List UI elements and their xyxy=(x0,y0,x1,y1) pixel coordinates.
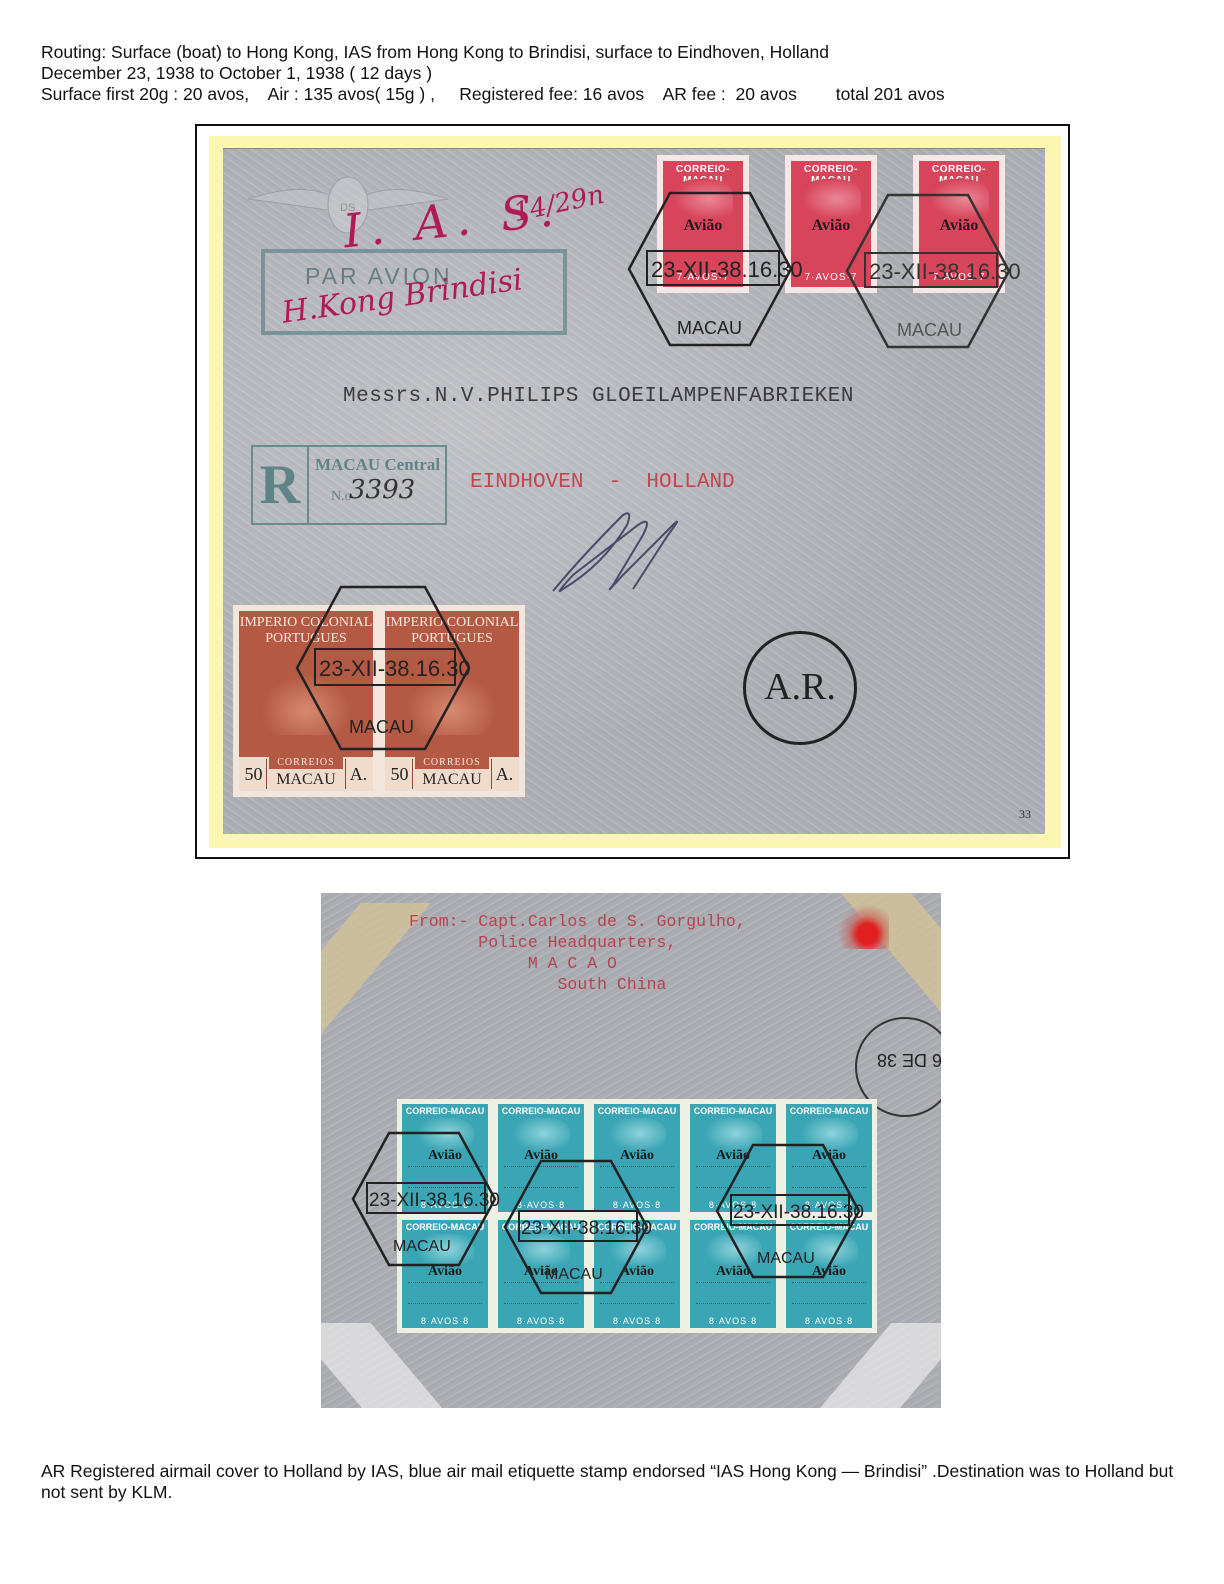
stamp-portrait xyxy=(416,1234,474,1268)
stamp-overprint: Avião xyxy=(594,1264,680,1280)
stamp-line1: IMPERIO COLONIAL xyxy=(239,615,373,631)
stamp-overprint: Avião xyxy=(594,1148,680,1164)
registration-office: MACAU Central xyxy=(315,455,440,475)
red-wax-seal xyxy=(835,899,889,949)
stamp-8-avos: CORREIO-MACAUAvião8·AVOS·8 xyxy=(781,1099,877,1217)
stamp-script-text xyxy=(408,1282,482,1304)
envelope-flap-bottom-left xyxy=(321,1323,471,1408)
front-cover-frame: DS PAR AVION I. A. S. 14/29n H.Kong Brin… xyxy=(195,124,1070,859)
stamp-portrait xyxy=(512,1118,570,1152)
stamp-portrait xyxy=(929,179,989,219)
stamp-8-avos: CORREIO-MACAUAvião8·AVOS·8 xyxy=(397,1099,493,1217)
stamp-portrait xyxy=(673,179,733,219)
stamp-portrait xyxy=(704,1118,762,1152)
stamp-value: 8·AVOS·8 xyxy=(690,1316,776,1326)
stamp-7-avos-1: CORREIO-MACAU Avião 7·AVOS·7 xyxy=(657,155,749,293)
stamp-band: CORREIOS xyxy=(269,757,343,769)
stamp-header: CORREIO-MACAU xyxy=(786,1106,872,1116)
stamp-portrait xyxy=(704,1234,762,1268)
stamp-overprint: Avião xyxy=(498,1264,584,1280)
cancel-place: MACAU xyxy=(677,318,742,338)
ar-handstamp: A.R. xyxy=(743,631,857,745)
stamp-8-avos: CORREIO-MACAUAvião8·AVOS·8 xyxy=(781,1215,877,1333)
registration-letter: R xyxy=(253,447,309,523)
stamp-suffix: A. xyxy=(345,759,371,789)
stamp-header: CORREIO-MACAU xyxy=(690,1106,776,1116)
stamp-block-8-avos: CORREIO-MACAUAvião8·AVOS·8CORREIO-MACAUA… xyxy=(397,1099,877,1331)
stamp-portrait xyxy=(801,179,861,219)
stamp-8-avos: CORREIO-MACAUAvião8·AVOS·8 xyxy=(589,1099,685,1217)
stamp-script-text xyxy=(600,1166,674,1188)
stamp-script-text xyxy=(792,1282,866,1304)
stamp-portrait xyxy=(608,1234,666,1268)
stamp-value: 8·AVOS·8 xyxy=(498,1316,584,1326)
date-range-line: December 23, 1938 to October 1, 1938 ( 1… xyxy=(41,63,945,84)
caption: AR Registered airmail cover to Holland b… xyxy=(41,1461,1181,1503)
stamp-50-avos-air-2: IMPERIO COLONIAL PORTUGUES CORREIOS 50 M… xyxy=(379,605,525,797)
stamp-script-text xyxy=(504,1282,578,1304)
stamp-value: 8·AVOS·8 xyxy=(402,1316,488,1326)
stamp-8-avos: CORREIO-MACAUAvião8·AVOS·8 xyxy=(493,1215,589,1333)
stamp-script-text xyxy=(600,1282,674,1304)
stamp-overprint: Avião xyxy=(791,217,871,235)
stamp-8-avos: CORREIO-MACAUAvião8·AVOS·8 xyxy=(493,1099,589,1217)
stamp-suffix: A. xyxy=(491,759,517,789)
stamp-portrait xyxy=(416,1118,474,1152)
stamp-overprint: Avião xyxy=(919,217,999,235)
stamp-header: CORREIO-MACAU xyxy=(594,1222,680,1232)
routing-line: Routing: Surface (boat) to Hong Kong, IA… xyxy=(41,42,945,63)
stamp-portrait xyxy=(512,1234,570,1268)
stamp-portrait xyxy=(800,1118,858,1152)
stamp-script-text xyxy=(696,1282,770,1304)
stamp-portrait xyxy=(800,1234,858,1268)
stamp-8-avos: CORREIO-MACAUAvião8·AVOS·8 xyxy=(685,1099,781,1217)
stamp-header: CORREIO-MACAU xyxy=(402,1222,488,1232)
stamp-8-avos: CORREIO-MACAUAvião8·AVOS·8 xyxy=(685,1215,781,1333)
stamp-overprint: Avião xyxy=(663,217,743,235)
stamp-50-avos-air-1: IMPERIO COLONIAL PORTUGUES CORREIOS 50 M… xyxy=(233,605,379,797)
stamp-overprint: Avião xyxy=(402,1264,488,1280)
stamp-7-avos-3: CORREIO-MACAU Avião 7·AVOS·7 xyxy=(913,155,1005,293)
stamp-line1: IMPERIO COLONIAL xyxy=(385,615,519,631)
stamp-script-text xyxy=(696,1166,770,1188)
envelope-flap-bottom-right xyxy=(791,1323,941,1408)
stamp-overprint: Avião xyxy=(786,1264,872,1280)
stamp-value: 8·AVOS·8 xyxy=(594,1200,680,1210)
pencil-squiggle-mark xyxy=(543,505,693,595)
stamp-value: 8·AVOS·8 xyxy=(786,1200,872,1210)
stamp-value: 50 xyxy=(241,759,267,789)
stamp-place: MACAU xyxy=(269,771,343,789)
stamp-value: 8·AVOS·8 xyxy=(690,1200,776,1210)
addressee-line: Messrs.N.V.PHILIPS GLOEILAMPENFABRIEKEN xyxy=(343,385,854,408)
registration-label: R MACAU Central N.o 3393 xyxy=(251,445,447,525)
cover-page-number: 33 xyxy=(1019,807,1031,822)
sender-address: From:- Capt.Carlos de S. Gorgulho, Polic… xyxy=(409,911,746,995)
routing-header: Routing: Surface (boat) to Hong Kong, IA… xyxy=(41,42,945,105)
stamp-script-text xyxy=(408,1166,482,1188)
arrival-date: 26 DE 38 xyxy=(877,1049,941,1070)
stamp-portrait xyxy=(608,1118,666,1152)
stamp-value: 50 xyxy=(387,759,413,789)
stamp-airplane-vignette xyxy=(261,675,351,735)
stamp-place: MACAU xyxy=(415,771,489,789)
stamp-8-avos: CORREIO-MACAUAvião8·AVOS·8 xyxy=(397,1215,493,1333)
stamp-value: 8·AVOS·8 xyxy=(786,1316,872,1326)
destination-line: EINDHOVEN - HOLLAND xyxy=(470,471,735,494)
stamp-7-avos-2: CORREIO-MACAU Avião 7·AVOS·7 xyxy=(785,155,877,293)
stamp-header: CORREIO-MACAU xyxy=(786,1222,872,1232)
stamp-script-text xyxy=(504,1166,578,1188)
stamp-value: 7·AVOS·7 xyxy=(663,272,743,283)
stamp-script-text xyxy=(792,1166,866,1188)
stamp-overprint: Avião xyxy=(498,1148,584,1164)
stamp-airplane-vignette xyxy=(407,675,497,735)
stamp-header: CORREIO-MACAU xyxy=(690,1222,776,1232)
stamp-value: 8·AVOS·8 xyxy=(594,1316,680,1326)
stamp-line2: PORTUGUES xyxy=(239,631,373,647)
cancel-place: MACAU xyxy=(897,320,962,340)
stamp-value: 8·AVOS·8 xyxy=(402,1200,488,1210)
stamp-value: 8·AVOS·8 xyxy=(498,1200,584,1210)
back-cover-image: From:- Capt.Carlos de S. Gorgulho, Polic… xyxy=(321,893,941,1408)
stamp-header: CORREIO-MACAU xyxy=(402,1106,488,1116)
stamp-line2: PORTUGUES xyxy=(385,631,519,647)
postage-rates-line: Surface first 20g : 20 avos, Air : 135 a… xyxy=(41,84,945,105)
stamp-header: CORREIO-MACAU xyxy=(498,1222,584,1232)
stamp-header: CORREIO-MACAU xyxy=(594,1106,680,1116)
stamp-overprint: Avião xyxy=(402,1148,488,1164)
stamp-overprint: Avião xyxy=(786,1148,872,1164)
stamp-value: 7·AVOS·7 xyxy=(919,272,999,283)
front-cover-image: DS PAR AVION I. A. S. 14/29n H.Kong Brin… xyxy=(223,148,1045,834)
stamp-value: 7·AVOS·7 xyxy=(791,272,871,283)
stamp-header: CORREIO-MACAU xyxy=(498,1106,584,1116)
stamp-overprint: Avião xyxy=(690,1264,776,1280)
registration-number: 3393 xyxy=(349,475,415,505)
stamp-overprint: Avião xyxy=(690,1148,776,1164)
stamp-8-avos: CORREIO-MACAUAvião8·AVOS·8 xyxy=(589,1215,685,1333)
stamp-band: CORREIOS xyxy=(415,757,489,769)
